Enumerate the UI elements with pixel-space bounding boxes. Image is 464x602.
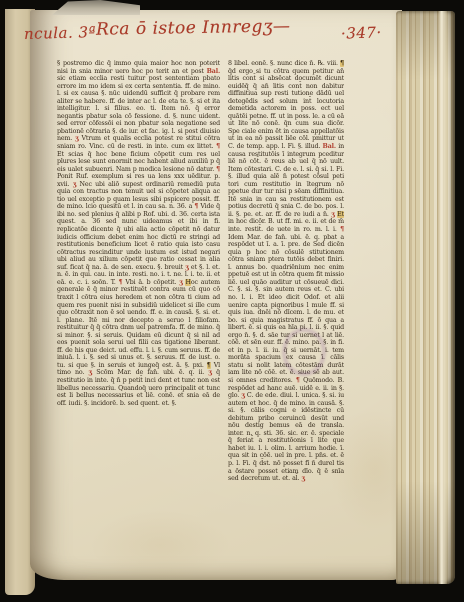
header-rubric-fragment: ncula. 3ª bbox=[24, 23, 97, 43]
text-column-right: 8 libel. eonē. §. nunc dice n̄. ℞. viii.… bbox=[228, 60, 344, 490]
book-top-edge bbox=[52, 0, 140, 15]
ink-ring-stain bbox=[282, 328, 326, 376]
fore-edge-highlight bbox=[438, 11, 447, 584]
book-fore-edge bbox=[396, 11, 455, 584]
running-title: Rca ō istoe Innregʒ— bbox=[96, 16, 291, 39]
text-column-left: § postremo dic q̄ immo quia maior hoc no… bbox=[57, 60, 220, 490]
age-stain bbox=[90, 510, 230, 580]
book-photo: ncula. 3ª Rca ō istoe Innregʒ— ·347· § p… bbox=[0, 0, 464, 602]
folio-number: ·347· bbox=[341, 23, 382, 42]
